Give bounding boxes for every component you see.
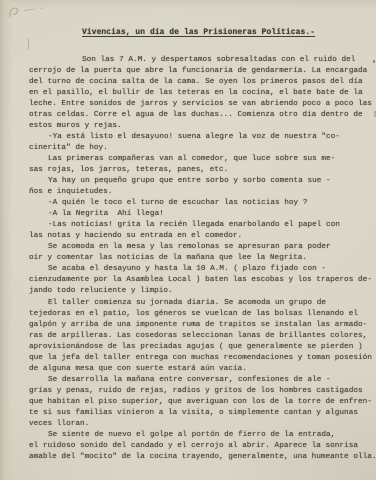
text-line: Se desarrolla la mañana entre conversar,… [29,375,374,386]
text-line: ras de arpilleras. Las cosedoras selecci… [29,331,374,342]
text-line: el ruidoso sonido del candado y el cerro… [29,441,374,452]
pencil-scribble-icon [4,2,56,24]
text-line: en el pasillo, el bullir de las teteras … [29,88,374,99]
text-line: estos muros y rejas. [29,121,374,132]
text-line: Se acomoda en la mesa y las remolonas se… [29,242,374,253]
text-line: tejedoras en el patio, los géneros se vu… [29,309,374,320]
text-line: que habitan el piso superior, que averig… [29,397,374,408]
text-line: que la jefa del taller entrega con mucha… [29,353,374,364]
text-line: veces lloran. [29,419,374,430]
text-line: te si sus familias vinieron a la visita,… [29,408,374,419]
text-line: cinerita" de hoy. [29,143,374,154]
text-line: cienzudamente por la Asamblea Local ) ba… [29,275,374,286]
text-line: -Las noticias! grita la recién llegada e… [29,220,374,231]
text-line: Se acaba el desayuno y hasta la 10 A.M. … [29,264,374,275]
text-line: las notas y haciendo su entrada en el co… [29,231,374,242]
text-line: leche. Entre sonidos de jarros y servici… [29,99,374,110]
text-line: sas rojas, los jarros, teteras, panes, e… [29,165,374,176]
text-line: El taller comienza su jornada diaria. Se… [29,298,374,309]
paper-crease [28,38,29,49]
text-line: Las primeras compañeras van al comedor, … [29,154,374,165]
text-line: galpón y arriba de una imponente ruma de… [29,320,374,331]
document-body: Son las 7 A.M. y despertamos sobresaltad… [29,55,374,464]
text-line: aprovisionándose de las preciadas agujas… [29,342,374,353]
document-page: Vivencias, un día de las Prisioneras Pol… [0,0,376,480]
text-line: jando todo reluciente y limpio. [29,286,374,297]
text-line: -A la Negrita Ahí llega! [29,209,374,220]
page-title: Vivencias, un día de las Prisioneras Pol… [82,28,315,37]
text-line: otras celdas. Corre el agua de las ducha… [29,110,374,121]
text-line: oír y comentar las noticias de la mañana… [29,253,374,264]
text-line: grías y penas, ruido de rejas, radios y … [29,386,374,397]
text-line: cerrojo de la puerta que abre la funcion… [29,66,374,77]
text-line: de alguna mesa que con suerte estará aún… [29,364,374,375]
text-line: ños e inquietudes. [29,187,374,198]
text-line: -A quién le toco el turno de escuchar la… [29,198,374,209]
text-line: Se siente de nuevo el golpe al portón de… [29,430,374,441]
text-line: -Ya está listo el desayuno! suena alegre… [29,132,374,143]
text-line: Son las 7 A.M. y despertamos sobresaltad… [29,55,374,66]
text-line: Ya hay un pequeño grupo que entre sorbo … [29,176,374,187]
text-line: amable del "mocito" de la cocina trayend… [29,452,374,463]
text-line: del turno de cocina salta de la cama. Se… [29,77,374,88]
